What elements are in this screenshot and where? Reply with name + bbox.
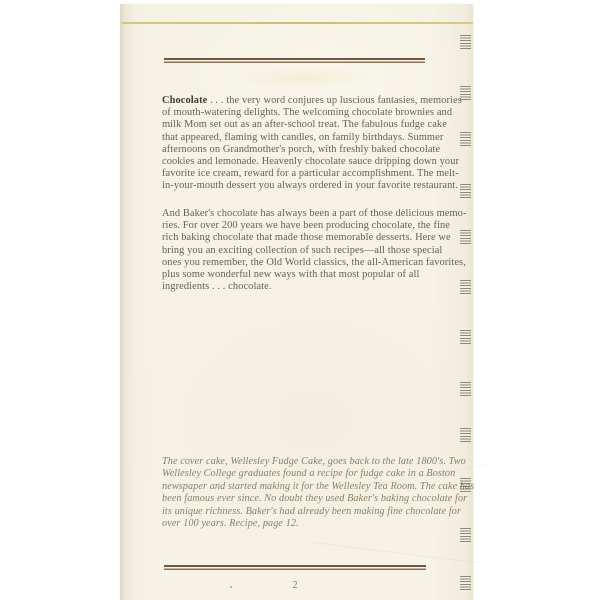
gold-accent-rule	[122, 22, 473, 24]
paragraph-lead-word: Chocolate	[162, 95, 207, 106]
second-paragraph: And Baker's chocolate has always been a …	[162, 208, 457, 293]
fore-edge-print-mark	[460, 184, 471, 199]
fore-edge-print-mark	[460, 132, 471, 147]
intro-paragraph: Chocolate . . . the very word conjures u…	[162, 95, 457, 193]
paper-speck	[230, 586, 232, 588]
fore-edge-print-mark	[460, 280, 471, 295]
intro-first-line-rest: . . . the very word conjures up luscious…	[207, 95, 462, 106]
fore-edge-print-mark	[460, 576, 471, 591]
fore-edge-print-mark	[460, 35, 471, 50]
scanned-booklet-photo: { "page": { "number": "2", "intro": { "l…	[0, 0, 600, 600]
fore-edge-print-mark	[460, 330, 471, 345]
fore-edge-print-mark	[460, 528, 471, 543]
fore-edge-print-mark	[460, 428, 471, 443]
paper-crease	[311, 542, 480, 564]
top-double-rule	[164, 58, 425, 63]
show-through-smudge	[220, 64, 390, 92]
intro-lines: of mouth-watering delights. The welcomin…	[162, 107, 459, 191]
fore-edge-print-mark	[460, 86, 471, 101]
page-number: 2	[164, 580, 426, 591]
fore-edge-print-mark	[460, 230, 471, 245]
bottom-double-rule	[164, 565, 426, 570]
fore-edge-print-mark	[460, 478, 471, 493]
cover-cake-caption: The cover cake, Wellesley Fudge Cake, go…	[162, 456, 462, 530]
booklet-page: Chocolate . . . the very word conjures u…	[120, 4, 473, 600]
fore-edge-print-mark	[460, 382, 471, 397]
